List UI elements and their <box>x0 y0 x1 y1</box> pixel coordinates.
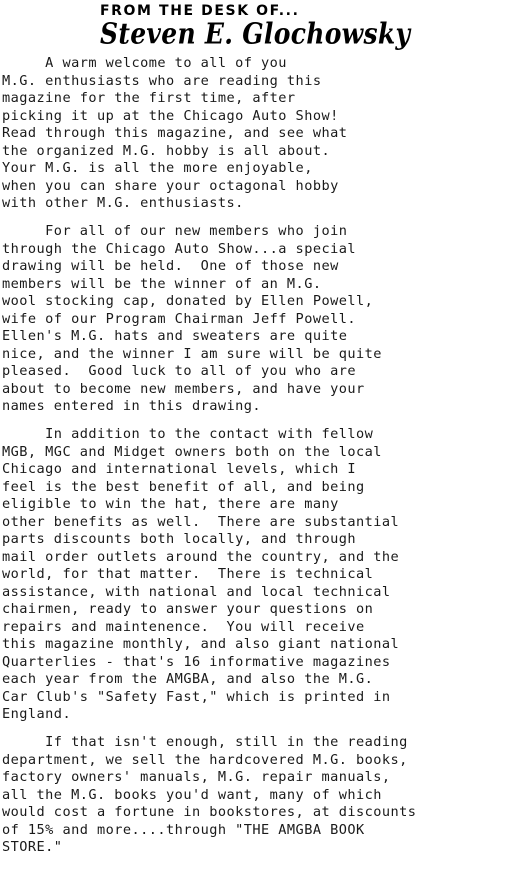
text-line: factory owners' manuals, M.G. repair man… <box>2 769 530 787</box>
text-line: when you can share your octagonal hobby <box>2 178 530 196</box>
text-line: eligible to win the hat, there are many <box>2 496 530 514</box>
text-line: wool stocking cap, donated by Ellen Powe… <box>2 293 530 311</box>
author-signature: Steven E. Glochowsky <box>100 17 370 50</box>
text-line: names entered in this drawing. <box>2 398 530 416</box>
text-line: parts discounts both locally, and throug… <box>2 531 530 549</box>
article-body: A warm welcome to all of youM.G. enthusi… <box>2 55 530 867</box>
text-line: A warm welcome to all of you <box>2 55 530 73</box>
text-line: feel is the best benefit of all, and bei… <box>2 479 530 497</box>
text-line: M.G. enthusiasts who are reading this <box>2 73 530 91</box>
text-line: repairs and maintenence. You will receiv… <box>2 619 530 637</box>
text-line: through the Chicago Auto Show...a specia… <box>2 241 530 259</box>
text-line: If that isn't enough, still in the readi… <box>2 734 530 752</box>
text-line: about to become new members, and have yo… <box>2 381 530 399</box>
article-paragraph: For all of our new members who jointhrou… <box>2 223 530 416</box>
text-line: drawing will be held. One of those new <box>2 258 530 276</box>
text-line: Car Club's "Safety Fast," which is print… <box>2 689 530 707</box>
text-line: the organized M.G. hobby is all about. <box>2 143 530 161</box>
text-line: wife of our Program Chairman Jeff Powell… <box>2 311 530 329</box>
text-line: picking it up at the Chicago Auto Show! <box>2 108 530 126</box>
text-line: pleased. Good luck to all of you who are <box>2 363 530 381</box>
text-line: Chicago and international levels, which … <box>2 461 530 479</box>
text-line: MGB, MGC and Midget owners both on the l… <box>2 444 530 462</box>
text-line: other benefits as well. There are substa… <box>2 514 530 532</box>
text-line: Ellen's M.G. hats and sweaters are quite <box>2 328 530 346</box>
text-line: In addition to the contact with fellow <box>2 426 530 444</box>
text-line: this magazine monthly, and also giant na… <box>2 636 530 654</box>
text-line: nice, and the winner I am sure will be q… <box>2 346 530 364</box>
text-line: world, for that matter. There is technic… <box>2 566 530 584</box>
article-paragraph: In addition to the contact with fellowMG… <box>2 426 530 724</box>
article-paragraph: A warm welcome to all of youM.G. enthusi… <box>2 55 530 213</box>
text-line: Read through this magazine, and see what <box>2 125 530 143</box>
text-line: members will be the winner of an M.G. <box>2 276 530 294</box>
text-line: would cost a fortune in bookstores, at d… <box>2 804 530 822</box>
text-line: For all of our new members who join <box>2 223 530 241</box>
text-line: magazine for the first time, after <box>2 90 530 108</box>
text-line: Your M.G. is all the more enjoyable, <box>2 160 530 178</box>
text-line: mail order outlets around the country, a… <box>2 549 530 567</box>
text-line: of 15% and more....through "THE AMGBA BO… <box>2 822 530 840</box>
text-line: Quarterlies - that's 16 informative maga… <box>2 654 530 672</box>
text-line: England. <box>2 706 530 724</box>
text-line: STORE." <box>2 839 530 857</box>
text-line: chairmen, ready to answer your questions… <box>2 601 530 619</box>
article-paragraph: If that isn't enough, still in the readi… <box>2 734 530 857</box>
text-line: assistance, with national and local tech… <box>2 584 530 602</box>
text-line: each year from the AMGBA, and also the M… <box>2 671 530 689</box>
text-line: all the M.G. books you'd want, many of w… <box>2 787 530 805</box>
text-line: department, we sell the hardcovered M.G.… <box>2 752 530 770</box>
text-line: with other M.G. enthusiasts. <box>2 195 530 213</box>
